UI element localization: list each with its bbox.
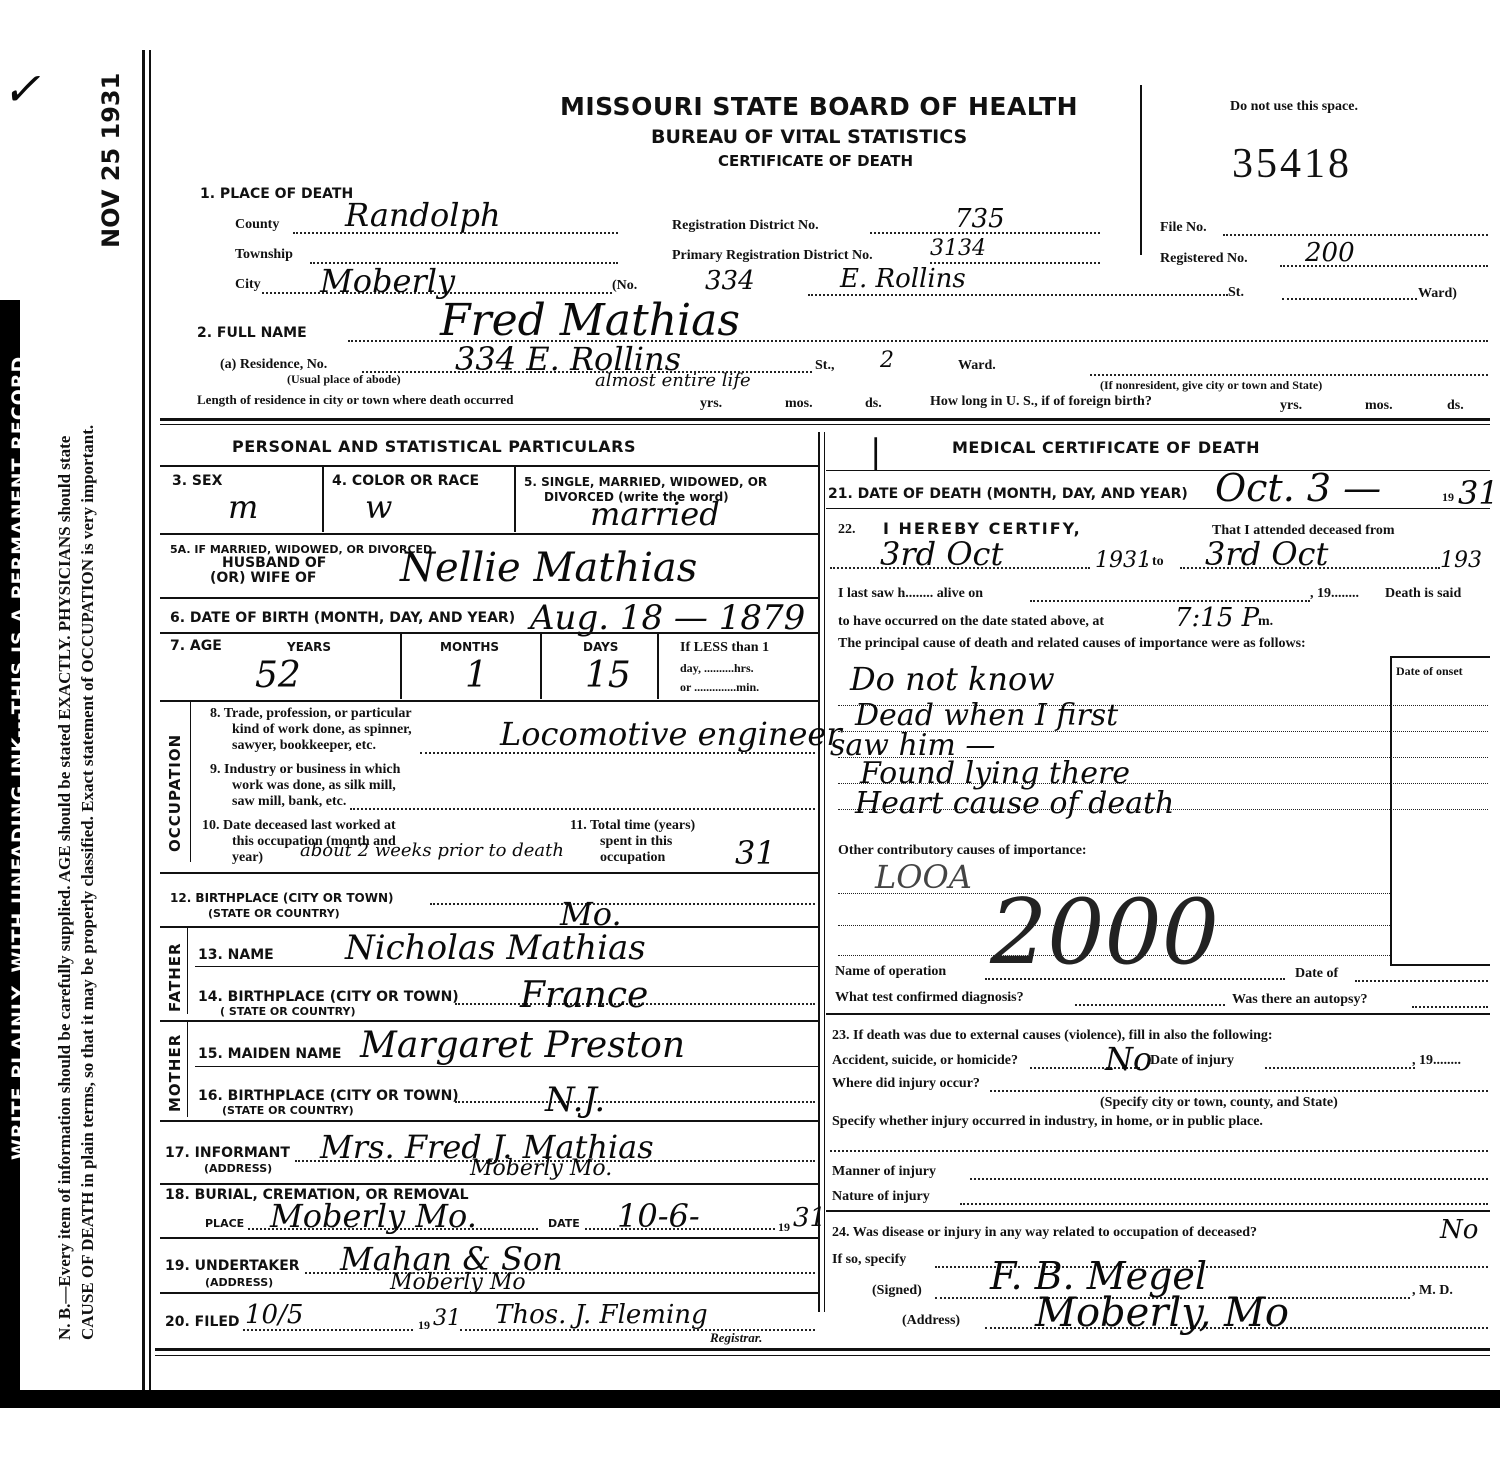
birthplace-label-2: (STATE OR COUNTRY) [208,907,340,920]
specify-place-label: Specify whether injury occurred in indus… [832,1114,1263,1130]
less-minutes-label: or ..............min. [680,680,759,695]
ward-value: 2 [880,348,894,373]
nature-line [960,1203,1488,1205]
burial-place-label: PLACE [205,1217,244,1230]
death-occurred-label: to have occurred on the date stated abov… [838,614,1104,630]
registered-no-label: Registered No. [1160,251,1248,267]
mother-name-value: Margaret Preston [360,1025,685,1066]
cell-divider [540,634,542,699]
certify-number: 22. [838,522,856,538]
attended-from-value: 3rd Oct [880,535,1003,573]
spouse-label-3: (OR) WIFE OF [210,570,316,586]
trade-label-1: 8. Trade, profession, or particular [210,706,412,722]
row-rule [195,1066,818,1067]
check-mark-icon: ✓ [2,62,41,116]
date-of-death-year: 31 [1458,474,1499,512]
certificate-number: 35418 [1232,140,1352,188]
office-use-note: Do not use this space. [1230,99,1358,115]
cell-divider [657,634,659,699]
test-label: What test confirmed diagnosis? [835,990,1024,1006]
filed-label: 20. FILED [165,1314,240,1330]
occupation-side-label: OCCUPATION [166,734,184,852]
undertaker-label: 19. UNDERTAKER [165,1258,300,1274]
office-box-divider [1140,85,1142,255]
street-line [808,294,1228,296]
age-months-label: MONTHS [440,640,499,654]
street-no-value: 334 [705,266,755,296]
city-label: City [235,277,261,293]
row-rule [160,1120,818,1122]
spouse-label-2: HUSBAND OF [222,555,326,571]
county-label: County [235,217,279,233]
total-time-label-2: spent in this [600,834,672,850]
row-rule [160,533,818,535]
cause-line-5: Heart cause of death [855,786,1174,821]
industry-line [350,808,815,810]
us-years-label: yrs. [1280,398,1302,414]
last-worked-label-3: year) [232,850,263,866]
death-is-said: Death is said [1385,586,1461,602]
length-of-residence-value: almost entire life [595,370,751,391]
birthplace-line [430,903,815,905]
onset-label: Date of onset [1396,664,1463,679]
race-value: w [365,488,392,526]
physician-address-value: Moberly, Mo [1035,1290,1289,1336]
cell-divider [322,467,324,532]
trade-label-2: kind of work done, as spinner, [232,722,412,738]
last-worked-value: about 2 weeks prior to death [300,840,564,861]
filed-year-value: 31 [433,1306,461,1331]
side-divider [190,702,191,862]
signed-label: (Signed) [872,1283,922,1299]
test-line [1075,1004,1225,1006]
classification-code: 2000 [990,880,1219,985]
spouse-value: Nellie Mathias [400,545,697,591]
filed-value: 10/5 [245,1300,303,1330]
occupational-disease-value: No [1440,1215,1478,1245]
less-hours-label: day, ..........hrs. [680,661,754,676]
father-side-label: FATHER [166,942,184,1012]
other-causes-value: LOOA [875,858,972,896]
burial-date-label: DATE [548,1217,580,1230]
attended-from-year: 1931 [1095,548,1151,573]
abode-label: (Usual place of abode) [287,372,401,387]
total-time-label-3: occupation [600,850,665,866]
city-value: Moberly [320,262,455,300]
filed-year-prefix: 19 [418,1318,430,1333]
mother-birthplace-label-1: 16. BIRTHPLACE (CITY OR TOWN) [198,1088,459,1104]
section-divider-thin [160,424,1490,425]
row-rule [826,1013,1490,1015]
instruction-note-line-2: CAUSE OF DEATH in plain terms, so that i… [78,425,98,1340]
row-rule [160,465,818,467]
full-name-value: Fred Mathias [440,295,740,346]
onset-box [1390,656,1490,966]
time-of-death-value: 7:15 P [1175,603,1259,633]
township-label: Township [235,247,293,263]
row-rule [826,508,1490,509]
residence-street-label: St., [815,358,834,374]
place-of-death-heading: 1. PLACE OF DEATH [200,186,353,202]
row-rule [195,966,818,967]
row-rule [160,632,818,634]
accident-value: No [1105,1040,1152,1078]
last-saw-label: I last saw h........ alive on [838,586,983,602]
injury-date-label: Date of injury [1150,1053,1234,1069]
date-of-birth-label: 6. DATE OF BIRTH (MONTH, DAY, AND YEAR) [170,610,515,626]
row-rule [826,1210,1490,1212]
father-name-label: 13. NAME [198,947,274,963]
less-than-day-label: If LESS than 1 [680,640,769,656]
column-divider [818,432,820,1312]
total-time-value: 31 [735,834,776,872]
birthplace-label-1: 12. BIRTHPLACE (CITY OR TOWN) [170,891,393,905]
injury-location-label: Where did injury occur? [832,1076,980,1092]
file-no-line [1223,234,1488,236]
received-date-stamp: NOV 25 1931 [97,73,125,248]
file-no-label: File No. [1160,220,1207,236]
last-worked-label-1: 10. Date deceased last worked at [202,818,396,834]
operation-date-label: Date of [1295,966,1338,982]
manner-of-injury-label: Manner of injury [832,1164,936,1180]
race-label: 4. COLOR OR RACE [332,473,479,489]
burial-year-value: 31 [793,1203,826,1233]
ward-label: Ward) [1418,286,1457,302]
nature-of-injury-label: Nature of injury [832,1189,930,1205]
length-years-label: yrs. [700,396,722,412]
side-divider [187,1022,188,1117]
sex-label: 3. SEX [172,473,222,489]
operation-label: Name of operation [835,964,946,980]
medical-mark: | [870,432,881,472]
age-days-label: DAYS [583,640,618,654]
attended-to-label: , to [1145,554,1164,570]
cell-divider [400,634,402,699]
burial-year-prefix: 19 [778,1220,790,1235]
date-of-death-year-prefix: 19 [1442,490,1454,505]
form-doc-type: CERTIFICATE OF DEATH [718,152,913,170]
form-title: MISSOURI STATE BOARD OF HEALTH [560,92,1078,121]
medical-section-title: MEDICAL CERTIFICATE OF DEATH [952,438,1260,457]
date-of-death-label: 21. DATE OF DEATH (MONTH, DAY, AND YEAR) [828,486,1188,502]
father-birthplace-label-1: 14. BIRTHPLACE (CITY OR TOWN) [198,989,459,1005]
nonresident-line [1090,374,1488,376]
form-subtitle: BUREAU OF VITAL STATISTICS [651,126,967,148]
bottom-rule-inner [155,1355,1490,1356]
street-label: St. [1228,285,1244,301]
row-rule [160,1292,818,1294]
length-days-label: ds. [865,396,882,412]
row-rule [160,872,818,874]
father-birthplace-label-2: ( STATE OR COUNTRY) [220,1005,356,1018]
age-days-value: 15 [585,655,631,696]
injury-date-line [1265,1067,1415,1069]
residence-ward-label: Ward. [958,358,996,374]
residence-label: (a) Residence, No. [220,357,327,373]
autopsy-line [1412,1006,1488,1008]
date-of-death-value: Oct. 3 — [1215,466,1381,510]
accident-label: Accident, suicide, or homicide? [832,1053,1018,1069]
row-rule [160,1237,818,1239]
border-left-outer [142,50,145,1390]
us-months-label: mos. [1365,398,1393,414]
industry-label-2: work was done, as silk mill, [232,778,396,794]
time-of-death-suffix: m. [1258,614,1273,630]
manner-line [970,1178,1488,1180]
informant-label: 17. INFORMANT [165,1145,290,1161]
registration-district-label: Registration District No. [672,218,819,234]
county-value: Randolph [345,196,501,234]
us-days-label: ds. [1447,398,1464,414]
primary-registration-value: 3134 [930,236,986,261]
if-so-specify-label: If so, specify [832,1252,906,1268]
registrar-label: Registrar. [710,1330,762,1346]
row-rule [160,700,818,702]
undertaker-address-label: (ADDRESS) [205,1276,273,1289]
section-divider [160,418,1490,421]
industry-label-3: saw mill, bank, etc. [232,794,346,810]
total-time-label-1: 11. Total time (years) [570,818,695,834]
registration-district-value: 735 [955,204,1005,234]
cell-divider [514,467,516,532]
scan-border-bottom [0,1390,1500,1408]
us-residence-label: How long in U. S., if of foreign birth? [930,394,1152,410]
age-years-label: YEARS [287,640,331,654]
length-months-label: mos. [785,396,813,412]
attended-to-year: 193 [1440,548,1482,573]
trade-label-3: sawyer, bookkeeper, etc. [232,738,376,754]
father-name-value: Nicholas Mathias [345,928,646,968]
informant-address-label: (ADDRESS) [204,1162,272,1175]
physician-address-label: (Address) [902,1313,960,1329]
occupational-disease-label: 24. Was disease or injury in any way rel… [832,1225,1257,1241]
row-rule [826,470,1490,471]
length-of-residence-label: Length of residence in city or town wher… [197,392,513,408]
primary-registration-label: Primary Registration District No. [672,248,873,264]
father-birthplace-value: France [520,975,648,1016]
column-divider-thin [824,432,825,1312]
informant-address-value: Moberly Mo. [470,1156,612,1181]
burial-place-value: Moberly Mo. [270,1197,477,1235]
autopsy-label: Was there an autopsy? [1232,992,1367,1008]
street-value: E. Rollins [840,264,966,294]
cause-line-1: Do not know [850,660,1055,698]
cause-of-death-label: The principal cause of death and related… [838,636,1306,652]
permanent-record-notice: WRITE PLAINLY, WITH UNFADING INK---THIS … [8,356,30,1160]
personal-section-title: PERSONAL AND STATISTICAL PARTICULARS [232,437,636,456]
registrar-signature: Thos. J. Fleming [495,1300,708,1330]
age-years-value: 52 [255,655,301,696]
mother-birthplace-value: N.J. [545,1080,605,1120]
mother-side-label: MOTHER [166,1034,184,1112]
trade-value: Locomotive engineer [500,715,842,753]
last-saw-line [1030,600,1310,602]
nonresident-note: (If nonresident, give city or town and S… [1100,378,1322,393]
attended-to-value: 3rd Oct [1205,535,1328,573]
full-name-label: 2. FULL NAME [197,325,307,341]
age-label: 7. AGE [170,638,222,654]
marital-status-value: married [590,495,720,533]
specify-city-note: (Specify city or town, county, and State… [1100,1095,1338,1111]
instruction-note-line-1: N. B.—Every item of information should b… [55,436,75,1340]
row-rule [160,1183,818,1185]
mother-name-label: 15. MAIDEN NAME [198,1046,341,1062]
operation-line [985,978,1285,980]
bottom-rule-outer [155,1348,1490,1351]
side-divider [187,928,188,1014]
burial-date-value: 10-6- [617,1197,700,1235]
ward-line [1282,298,1417,300]
marital-status-label-1: 5. SINGLE, MARRIED, WIDOWED, OR [524,475,767,489]
industry-label-1: 9. Industry or business in which [210,762,400,778]
last-saw-year: , 19........ [1310,586,1359,602]
row-rule [160,1020,818,1022]
mother-birthplace-label-2: (STATE OR COUNTRY) [222,1104,354,1117]
md-label: , M. D. [1412,1283,1453,1299]
injury-year-label: , 19........ [1412,1053,1461,1069]
sex-value: m [228,488,258,526]
border-left-inner [149,50,151,1390]
injury-location-line [990,1090,1488,1092]
external-causes-label: 23. If death was due to external causes … [832,1028,1273,1044]
street-no-label: (No. [612,278,637,294]
other-causes-label: Other contributory causes of importance: [838,843,1087,859]
specify-place-line [830,1150,1488,1152]
age-months-value: 1 [465,655,488,696]
registered-no-value: 200 [1305,238,1355,268]
operation-date-line [1355,980,1488,982]
mother-birthplace-line [455,1101,815,1103]
